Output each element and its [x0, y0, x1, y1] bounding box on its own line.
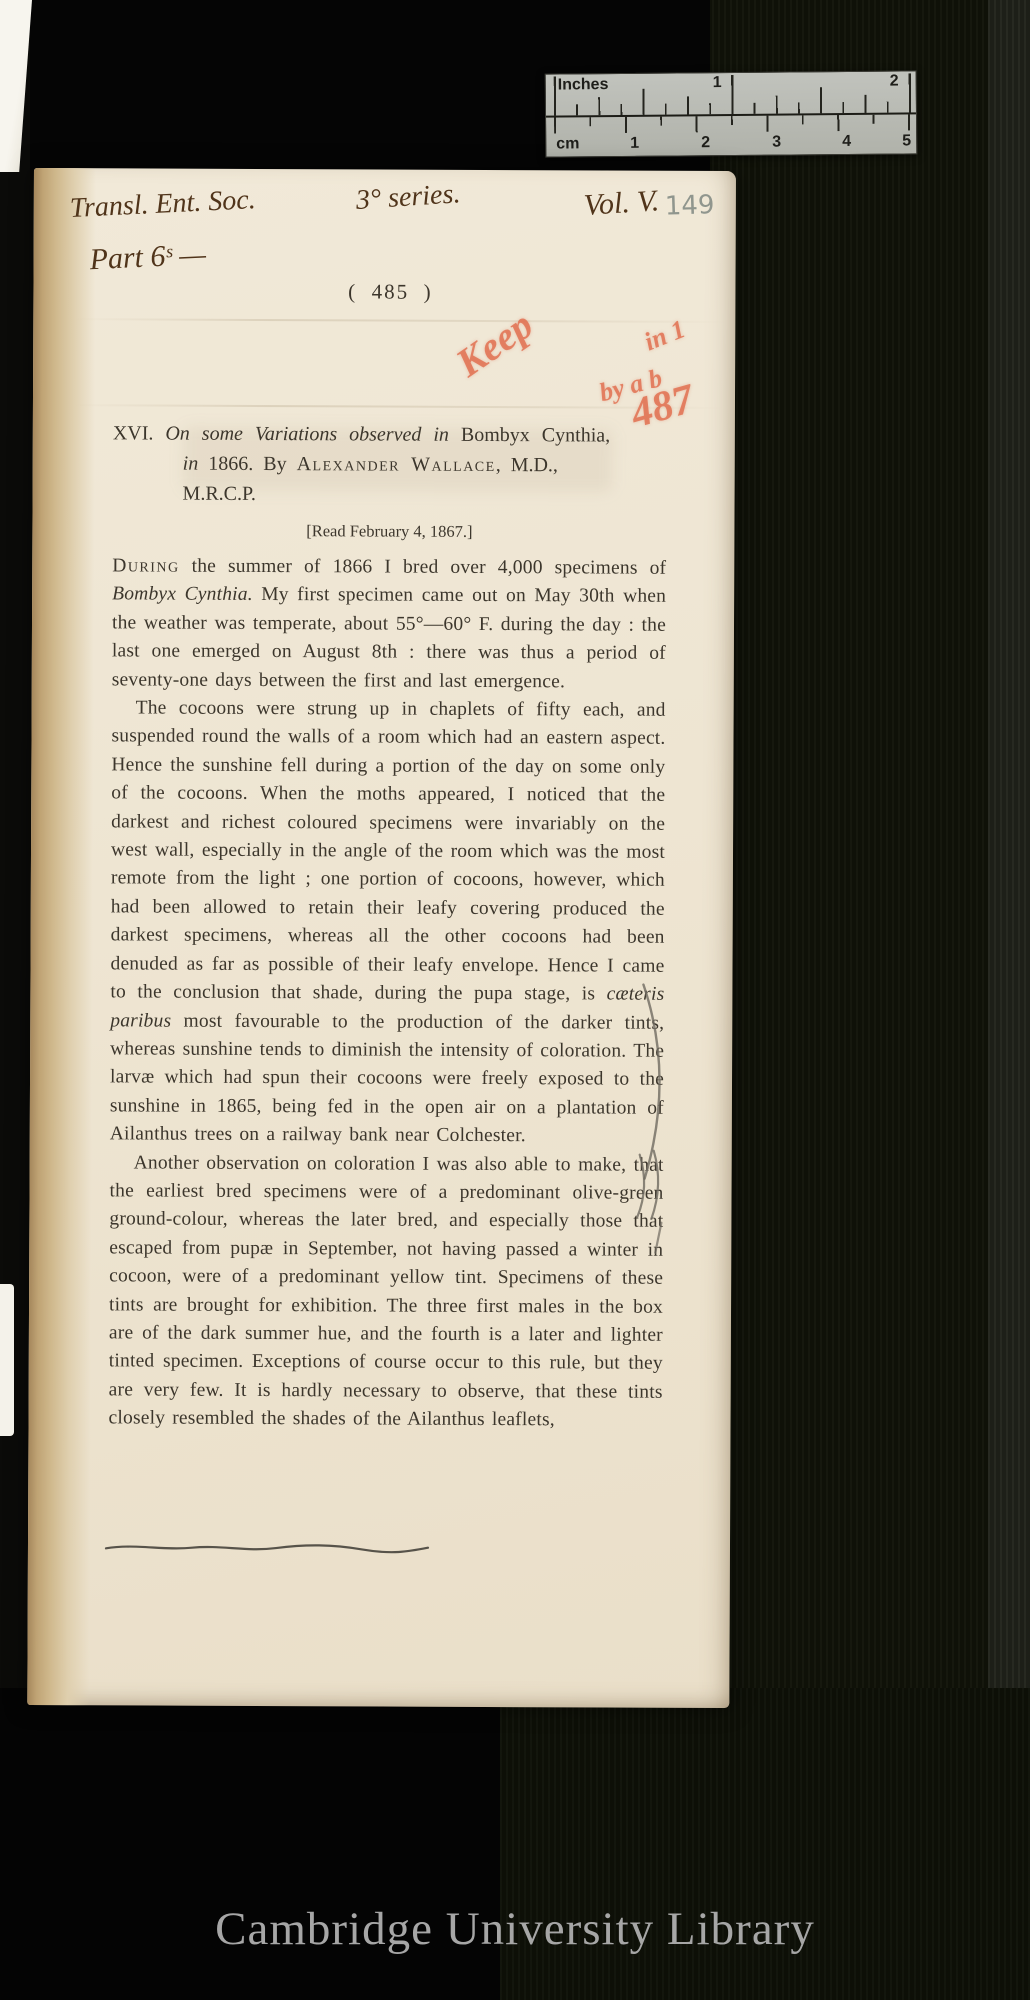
article-title: XVI. On some Variations observed in Bomb… [113, 418, 667, 510]
ruler-cm-number: 2 [701, 134, 710, 152]
ruler-inch-number: 2 [890, 73, 899, 91]
library-credit: Cambridge University Library [0, 1902, 1030, 1956]
species-name-italic: Bombyx Cynthia. [112, 584, 253, 606]
read-date-line: [Read February 4, 1867.] [112, 520, 666, 542]
ruler-inches-label: Inches [558, 76, 609, 94]
measurement-ruler: Inches 1 2 cm 1 2 3 4 5 [545, 70, 918, 157]
adjacent-page-edge [0, 1284, 14, 1436]
paragraph-1: During the summer of 1866 I bred over 4,… [112, 552, 667, 696]
article-title-line1: XVI. On some Variations observed in Bomb… [113, 418, 667, 450]
handwritten-part: Part 6ˢ — [89, 238, 207, 278]
red-annotation-keep: Keep [447, 301, 541, 386]
title-italic-text: On some Variations observed in [165, 423, 449, 446]
page-number: ( 485 ) [113, 278, 667, 305]
handwritten-series: 3° series. [355, 178, 461, 217]
hand-drawn-rule [104, 1540, 434, 1555]
article-title-line3: M.R.C.P. [183, 479, 667, 511]
title-year-byline: 1866. By [208, 453, 286, 475]
author-degrees: , M.D., [496, 454, 558, 476]
title-italic-text: in [183, 453, 199, 475]
pencil-folio-number: 149 [664, 190, 715, 222]
article-number: XVI. [113, 422, 154, 444]
ruler-cm-scale: cm 1 2 3 4 5 [546, 114, 916, 156]
article-title-line2: in 1866. By Alexander Wallace, M.D., [183, 449, 667, 481]
species-name: Bombyx Cynthia, [461, 424, 610, 447]
paragraph-2: The cocoons were strung up in chaplets o… [110, 694, 666, 1151]
ruler-cm-number: 5 [902, 132, 911, 150]
adjacent-page-corner [0, 0, 32, 172]
ruler-cm-number: 1 [630, 135, 639, 153]
handwritten-citation: Transl. Ent. Soc. [69, 184, 256, 225]
handwritten-volume: Vol. V. [583, 184, 660, 223]
journal-page: Transl. Ent. Soc. 3° series. Vol. V. 149… [27, 168, 736, 1708]
ruler-cm-number: 3 [772, 134, 781, 152]
paragraph-3: Another observation on coloration I was … [108, 1149, 663, 1435]
ruler-inch-number: 1 [713, 74, 722, 92]
opening-word: During [112, 555, 180, 576]
author-name: Alexander Wallace [297, 453, 496, 476]
page-gutter-fold [27, 168, 96, 1705]
ruler-cm-number: 4 [842, 133, 851, 151]
ruler-inches-scale: Inches 1 2 [546, 71, 916, 117]
article-body: During the summer of 1866 I bred over 4,… [108, 552, 666, 1435]
margin-check-marks [629, 1147, 674, 1257]
ruler-cm-label: cm [556, 135, 579, 153]
photographed-document: Inches 1 2 cm 1 2 3 4 5 Transl. Ent. Soc… [0, 0, 1030, 2000]
paper-crease [73, 318, 727, 323]
